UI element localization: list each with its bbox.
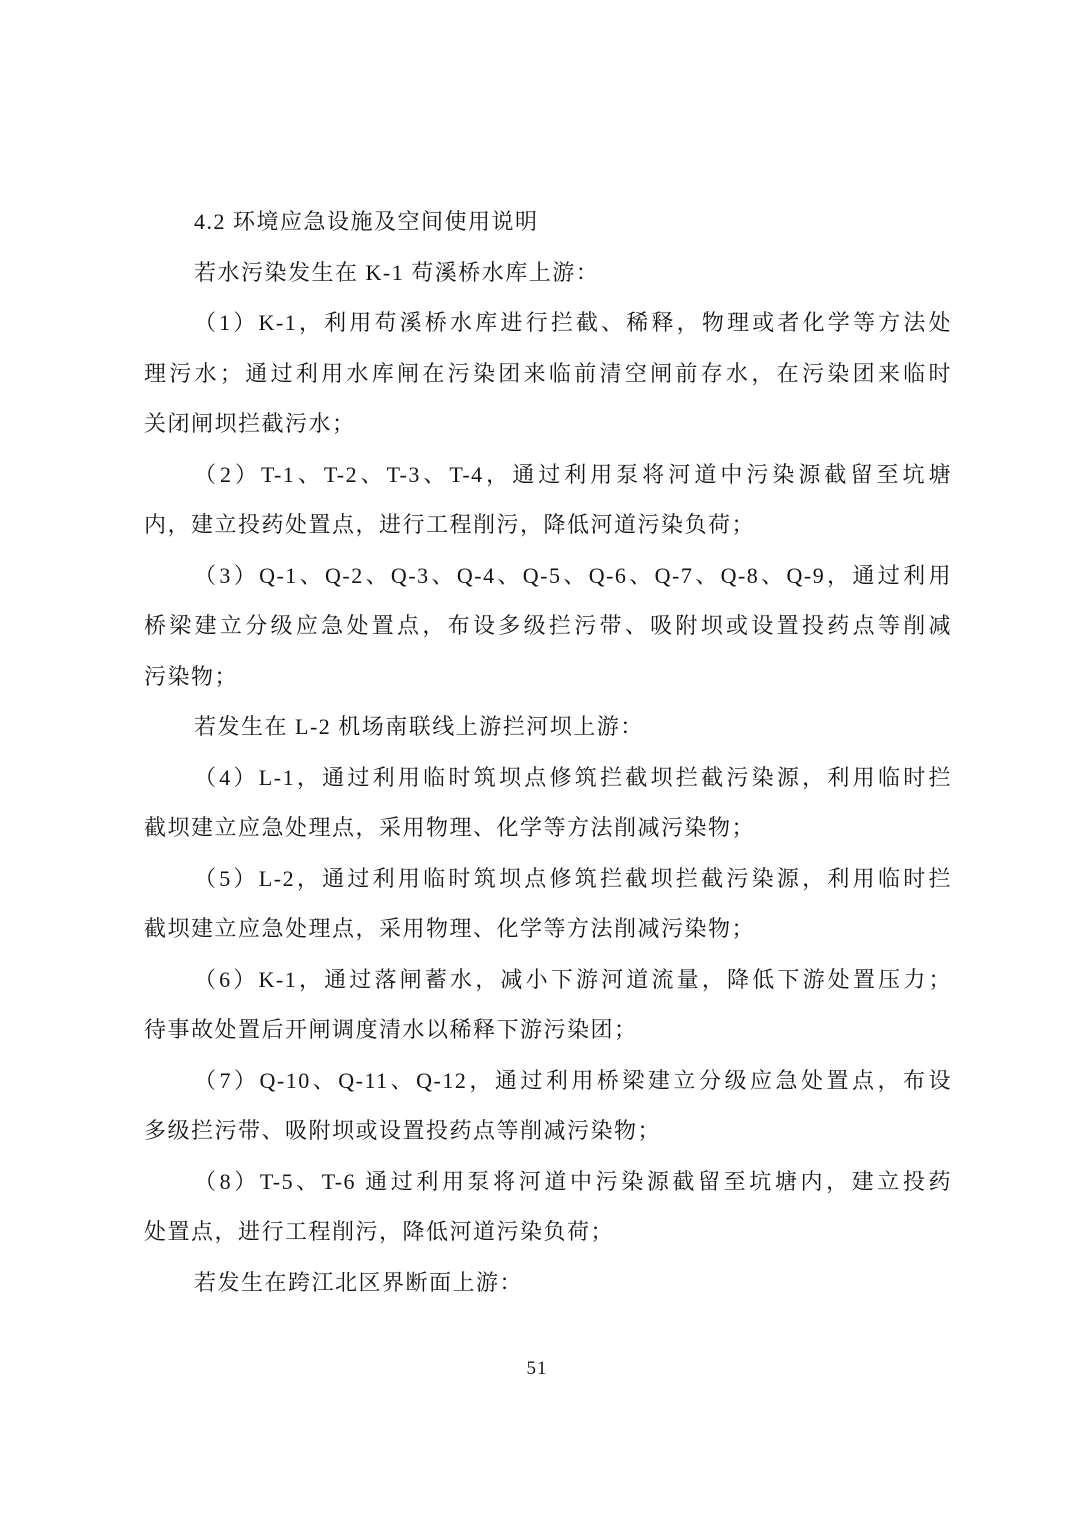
section-heading: 4.2 环境应急设施及空间使用说明: [144, 197, 952, 248]
page-footer: 51: [0, 1358, 1074, 1380]
list-item-2: （2）T-1、T-2、T-3、T-4，通过利用泵将河道中污染源截留至坑塘 内，建…: [144, 450, 952, 551]
list-item-3: （3）Q-1、Q-2、Q-3、Q-4、Q-5、Q-6、Q-7、Q-8、Q-9，通…: [144, 551, 952, 703]
text-line: （3）Q-1、Q-2、Q-3、Q-4、Q-5、Q-6、Q-7、Q-8、Q-9，通…: [144, 551, 952, 602]
text-line: 处置点，进行工程削污，降低河道污染负荷；: [144, 1207, 952, 1258]
scenario-jiangbei-intro: 若发生在跨江北区界断面上游：: [144, 1258, 952, 1309]
text-line: 若发生在 L-2 机场南联线上游拦河坝上游：: [144, 702, 952, 753]
list-item-8: （8）T-5、T-6 通过利用泵将河道中污染源截留至坑塘内，建立投药 处置点，进…: [144, 1157, 952, 1258]
text-line: 若水污染发生在 K-1 苟溪桥水库上游：: [144, 248, 952, 299]
text-line: （6）K-1，通过落闸蓄水，减小下游河道流量，降低下游处置压力；: [144, 955, 952, 1006]
text-line: 4.2 环境应急设施及空间使用说明: [144, 197, 952, 248]
text-line: 多级拦污带、吸附坝或设置投药点等削减污染物；: [144, 1106, 952, 1157]
text-line: 若发生在跨江北区界断面上游：: [144, 1258, 952, 1309]
text-line: 截坝建立应急处理点，采用物理、化学等方法削减污染物；: [144, 803, 952, 854]
list-item-7: （7）Q-10、Q-11、Q-12，通过利用桥梁建立分级应急处置点，布设 多级拦…: [144, 1056, 952, 1157]
text-line: （5）L-2，通过利用临时筑坝点修筑拦截坝拦截污染源，利用临时拦: [144, 854, 952, 905]
text-line: 内，建立投药处置点，进行工程削污，降低河道污染负荷；: [144, 500, 952, 551]
scenario-l2-intro: 若发生在 L-2 机场南联线上游拦河坝上游：: [144, 702, 952, 753]
text-line: 待事故处置后开闸调度清水以稀释下游污染团；: [144, 1005, 952, 1056]
text-line: 关闭闸坝拦截污水；: [144, 399, 952, 450]
text-line: （1）K-1，利用苟溪桥水库进行拦截、稀释，物理或者化学等方法处: [144, 298, 952, 349]
list-item-6: （6）K-1，通过落闸蓄水，减小下游河道流量，降低下游处置压力； 待事故处置后开…: [144, 955, 952, 1056]
page-number: 51: [527, 1358, 548, 1379]
text-line: （8）T-5、T-6 通过利用泵将河道中污染源截留至坑塘内，建立投药: [144, 1157, 952, 1208]
document-body: 4.2 环境应急设施及空间使用说明 若水污染发生在 K-1 苟溪桥水库上游： （…: [144, 197, 952, 1308]
scenario-k1-intro: 若水污染发生在 K-1 苟溪桥水库上游：: [144, 248, 952, 299]
list-item-1: （1）K-1，利用苟溪桥水库进行拦截、稀释，物理或者化学等方法处 理污水；通过利…: [144, 298, 952, 450]
list-item-4: （4）L-1，通过利用临时筑坝点修筑拦截坝拦截污染源，利用临时拦 截坝建立应急处…: [144, 753, 952, 854]
text-line: （4）L-1，通过利用临时筑坝点修筑拦截坝拦截污染源，利用临时拦: [144, 753, 952, 804]
text-line: 污染物；: [144, 652, 952, 703]
text-line: 理污水；通过利用水库闸在污染团来临前清空闸前存水，在污染团来临时: [144, 349, 952, 400]
text-line: 截坝建立应急处理点，采用物理、化学等方法削减污染物；: [144, 904, 952, 955]
text-line: 桥梁建立分级应急处置点，布设多级拦污带、吸附坝或设置投药点等削减: [144, 601, 952, 652]
document-page: 4.2 环境应急设施及空间使用说明 若水污染发生在 K-1 苟溪桥水库上游： （…: [0, 0, 1074, 1520]
text-line: （7）Q-10、Q-11、Q-12，通过利用桥梁建立分级应急处置点，布设: [144, 1056, 952, 1107]
list-item-5: （5）L-2，通过利用临时筑坝点修筑拦截坝拦截污染源，利用临时拦 截坝建立应急处…: [144, 854, 952, 955]
text-line: （2）T-1、T-2、T-3、T-4，通过利用泵将河道中污染源截留至坑塘: [144, 450, 952, 501]
